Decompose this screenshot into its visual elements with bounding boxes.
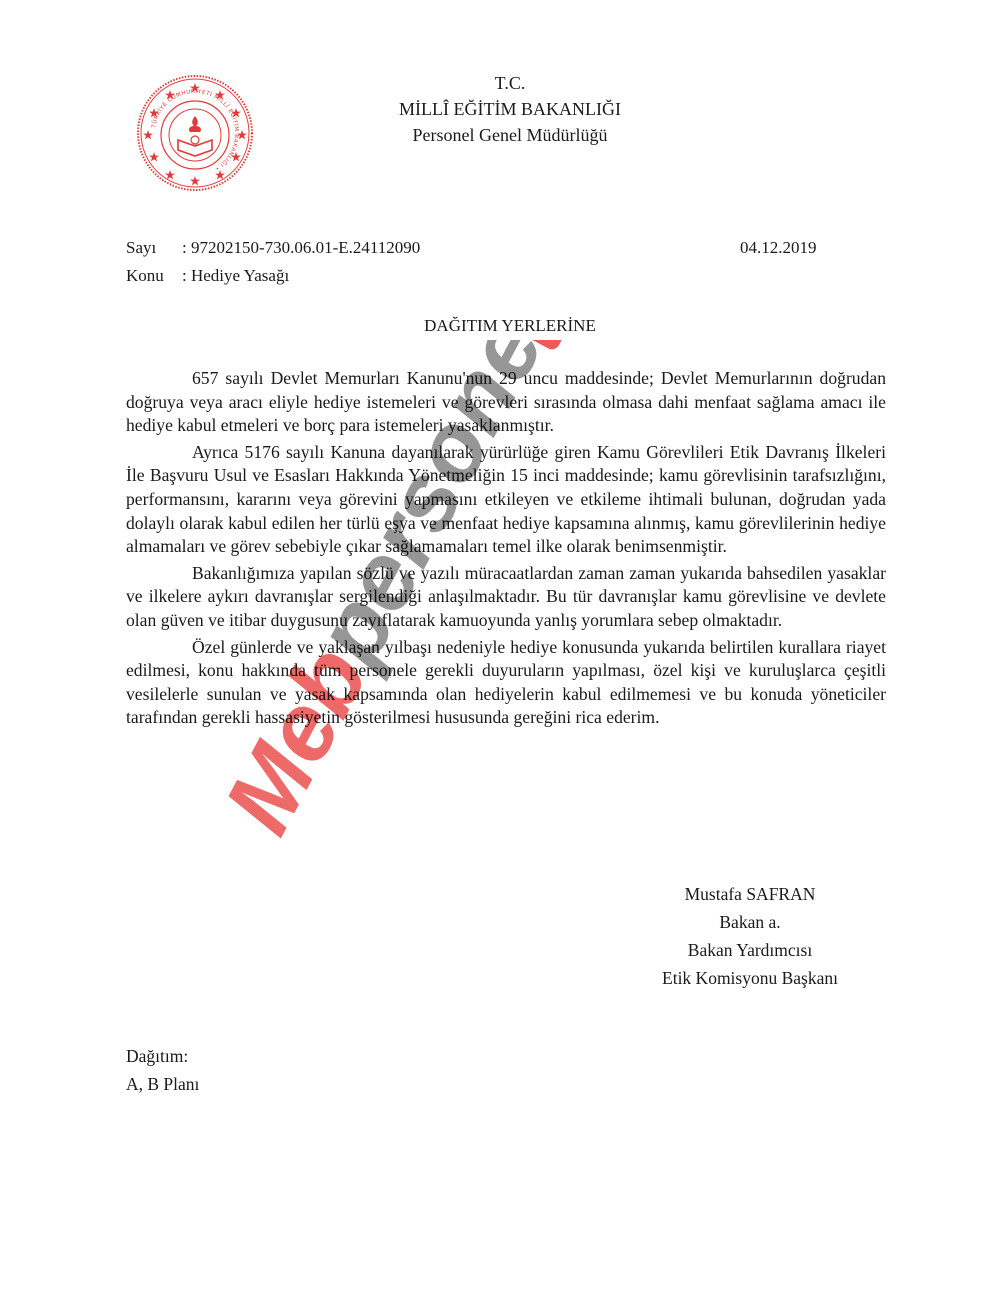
sayi-row: Sayı : 97202150-730.06.01-E.24112090 <box>126 234 420 262</box>
distribution-block: Dağıtım: A, B Planı <box>126 1042 199 1098</box>
distribution-value: A, B Planı <box>126 1070 199 1098</box>
signatory-capacity: Bakan a. <box>620 908 880 936</box>
signatory-committee: Etik Komisyonu Başkanı <box>620 964 880 992</box>
letterhead-ministry: MİLLÎ EĞİTİM BAKANLIĞI <box>300 96 720 122</box>
paragraph: 657 sayılı Devlet Memurları Kanunu'nun 2… <box>126 367 886 438</box>
konu-value: : Hediye Yasağı <box>182 262 289 290</box>
ministry-seal-icon: TÜRKİYE CUMHURİYETİ MİLLÎ EĞİTİM BAKANLI… <box>136 68 254 198</box>
letterhead: T.C. MİLLÎ EĞİTİM BAKANLIĞI Personel Gen… <box>300 70 720 148</box>
letterhead-department: Personel Genel Müdürlüğü <box>300 122 720 148</box>
document-date: 04.12.2019 <box>740 234 817 262</box>
signatory-title: Bakan Yardımcısı <box>620 936 880 964</box>
letterhead-country: T.C. <box>300 70 720 96</box>
paragraph: Ayrıca 5176 sayılı Kanuna dayanılarak yü… <box>126 441 886 559</box>
signatory-name: Mustafa SAFRAN <box>620 880 880 908</box>
sayi-label: Sayı <box>126 234 182 262</box>
letter-body: 657 sayılı Devlet Memurları Kanunu'nun 2… <box>126 367 886 733</box>
konu-label: Konu <box>126 262 182 290</box>
signature-block: Mustafa SAFRAN Bakan a. Bakan Yardımcısı… <box>620 880 880 992</box>
konu-row: Konu : Hediye Yasağı <box>126 262 420 290</box>
document-page: TÜRKİYE CUMHURİYETİ MİLLÎ EĞİTİM BAKANLI… <box>0 0 1000 1300</box>
recipient-heading: DAĞITIM YERLERİNE <box>300 314 720 338</box>
paragraph: Bakanlığımıza yapılan sözlü ve yazılı mü… <box>126 562 886 633</box>
document-meta: Sayı : 97202150-730.06.01-E.24112090 Kon… <box>126 234 420 290</box>
paragraph: Özel günlerde ve yaklaşan yılbaşı nedeni… <box>126 636 886 730</box>
distribution-label: Dağıtım: <box>126 1042 199 1070</box>
sayi-value: : 97202150-730.06.01-E.24112090 <box>182 234 420 262</box>
